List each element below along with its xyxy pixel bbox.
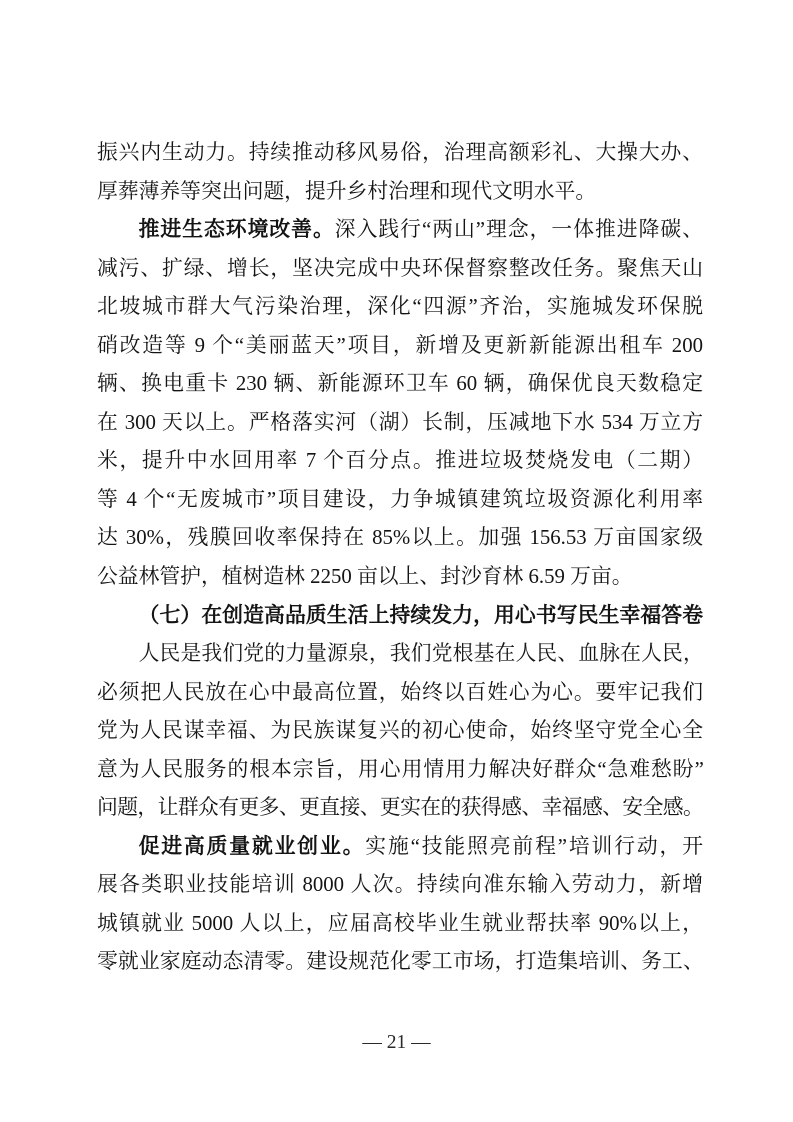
text-line: 在 300 天以上。严格落实河（湖）长制，压减地下水 534 万立方: [97, 404, 703, 443]
line-text: 人民是我们党的力量源泉，我们党根基在人民、血脉在人民，: [139, 642, 703, 665]
text-line: 党为人民谋幸福、为民族谋复兴的初心使命，始终坚守党全心全: [97, 712, 703, 751]
line-text: 振兴内生动力。持续推动移风易俗，治理高额彩礼、大操大办、: [97, 141, 703, 164]
line-text: 展各类职业技能培训 8000 人次。持续向准东输入劳动力，新增: [97, 873, 703, 896]
text-line: 公益林管护，植树造林 2250 亩以上、封沙育林 6.59 万亩。: [97, 558, 703, 597]
line-text: 在 300 天以上。严格落实河（湖）长制，压减地下水 534 万立方: [97, 411, 703, 434]
text-line: 辆、换电重卡 230 辆、新能源环卫车 60 辆，确保优良天数稳定: [97, 365, 703, 404]
line-text: 必须把人民放在心中最高位置，始终以百姓心为心。要牢记我们: [97, 681, 703, 704]
text-line: 城镇就业 5000 人以上，应届高校毕业生就业帮扶率 90%以上，: [97, 905, 703, 944]
bold-lead-in: 促进高质量就业创业。: [139, 835, 366, 858]
document-page: 振兴内生动力。持续推动移风易俗，治理高额彩礼、大操大办、厚葬薄养等突出问题，提升…: [0, 0, 793, 1122]
line-text: 硝改造等 9 个“美丽蓝天”项目，新增及更新新能源出租车 200: [97, 334, 703, 357]
bold-lead-in: 推进生态环境改善。: [139, 218, 335, 241]
text-line: 问题，让群众有更多、更直接、更实在的获得感、幸福感、安全感。: [97, 789, 703, 828]
text-line: 人民是我们党的力量源泉，我们党根基在人民、血脉在人民，: [97, 635, 703, 674]
line-text: 零就业家庭动态清零。建设规范化零工市场，打造集培训、务工、: [97, 950, 703, 973]
line-text: 公益林管护，植树造林 2250 亩以上、封沙育林 6.59 万亩。: [97, 565, 633, 588]
line-text: 等 4 个“无废城市”项目建设，力争城镇建筑垃圾资源化利用率: [97, 488, 703, 511]
text-line: 米，提升中水回用率 7 个百分点。推进垃圾焚烧发电（二期）: [97, 442, 703, 481]
text-line: 展各类职业技能培训 8000 人次。持续向准东输入劳动力，新增: [97, 866, 703, 905]
page-body-text: 振兴内生动力。持续推动移风易俗，治理高额彩礼、大操大办、厚葬薄养等突出问题，提升…: [97, 134, 703, 982]
text-line: 减污、扩绿、增长，坚决完成中央环保督察整改任务。聚焦天山: [97, 250, 703, 289]
text-line: 意为人民服务的根本宗旨，用心用情用力解决好群众“急难愁盼”: [97, 751, 703, 790]
text-line: 振兴内生动力。持续推动移风易俗，治理高额彩礼、大操大办、: [97, 134, 703, 173]
page-footer: — 21 —: [0, 1028, 793, 1058]
bold-lead-in: （七）在创造高品质生活上持续发力，用心书写民生幸福答卷: [139, 604, 703, 627]
text-line: 促进高质量就业创业。实施“技能照亮前程”培训行动，开: [97, 828, 703, 867]
line-text: 意为人民服务的根本宗旨，用心用情用力解决好群众“急难愁盼”: [97, 758, 703, 781]
line-text: 北坡城市群大气污染治理，深化“四源”齐治，实施城发环保脱: [97, 295, 703, 318]
text-line: 零就业家庭动态清零。建设规范化零工市场，打造集培训、务工、: [97, 943, 703, 982]
text-line: 等 4 个“无废城市”项目建设，力争城镇建筑垃圾资源化利用率: [97, 481, 703, 520]
line-text: 米，提升中水回用率 7 个百分点。推进垃圾焚烧发电（二期）: [97, 449, 703, 472]
text-line: 推进生态环境改善。深入践行“两山”理念，一体推进降碳、: [97, 211, 703, 250]
line-text: 深入践行“两山”理念，一体推进降碳、: [335, 218, 703, 241]
section-heading-line: （七）在创造高品质生活上持续发力，用心书写民生幸福答卷: [97, 597, 703, 636]
text-line: 必须把人民放在心中最高位置，始终以百姓心为心。要牢记我们: [97, 674, 703, 713]
line-text: 城镇就业 5000 人以上，应届高校毕业生就业帮扶率 90%以上，: [97, 912, 703, 935]
line-text: 辆、换电重卡 230 辆、新能源环卫车 60 辆，确保优良天数稳定: [97, 372, 703, 395]
line-text: 减污、扩绿、增长，坚决完成中央环保督察整改任务。聚焦天山: [97, 257, 703, 280]
line-text: 实施“技能照亮前程”培训行动，开: [365, 835, 703, 858]
text-line: 达 30%，残膜回收率保持在 85%以上。加强 156.53 万亩国家级: [97, 519, 703, 558]
text-line: 北坡城市群大气污染治理，深化“四源”齐治，实施城发环保脱: [97, 288, 703, 327]
text-line: 厚葬薄养等突出问题，提升乡村治理和现代文明水平。: [97, 173, 703, 212]
line-text: 厚葬薄养等突出问题，提升乡村治理和现代文明水平。: [97, 180, 596, 203]
line-text: 党为人民谋幸福、为民族谋复兴的初心使命，始终坚守党全心全: [97, 719, 703, 742]
text-line: 硝改造等 9 个“美丽蓝天”项目，新增及更新新能源出租车 200: [97, 327, 703, 366]
line-text: 达 30%，残膜回收率保持在 85%以上。加强 156.53 万亩国家级: [97, 526, 703, 549]
line-text: 问题，让群众有更多、更直接、更实在的获得感、幸福感、安全感。: [97, 796, 703, 819]
page-number: — 21 —: [362, 1032, 430, 1053]
